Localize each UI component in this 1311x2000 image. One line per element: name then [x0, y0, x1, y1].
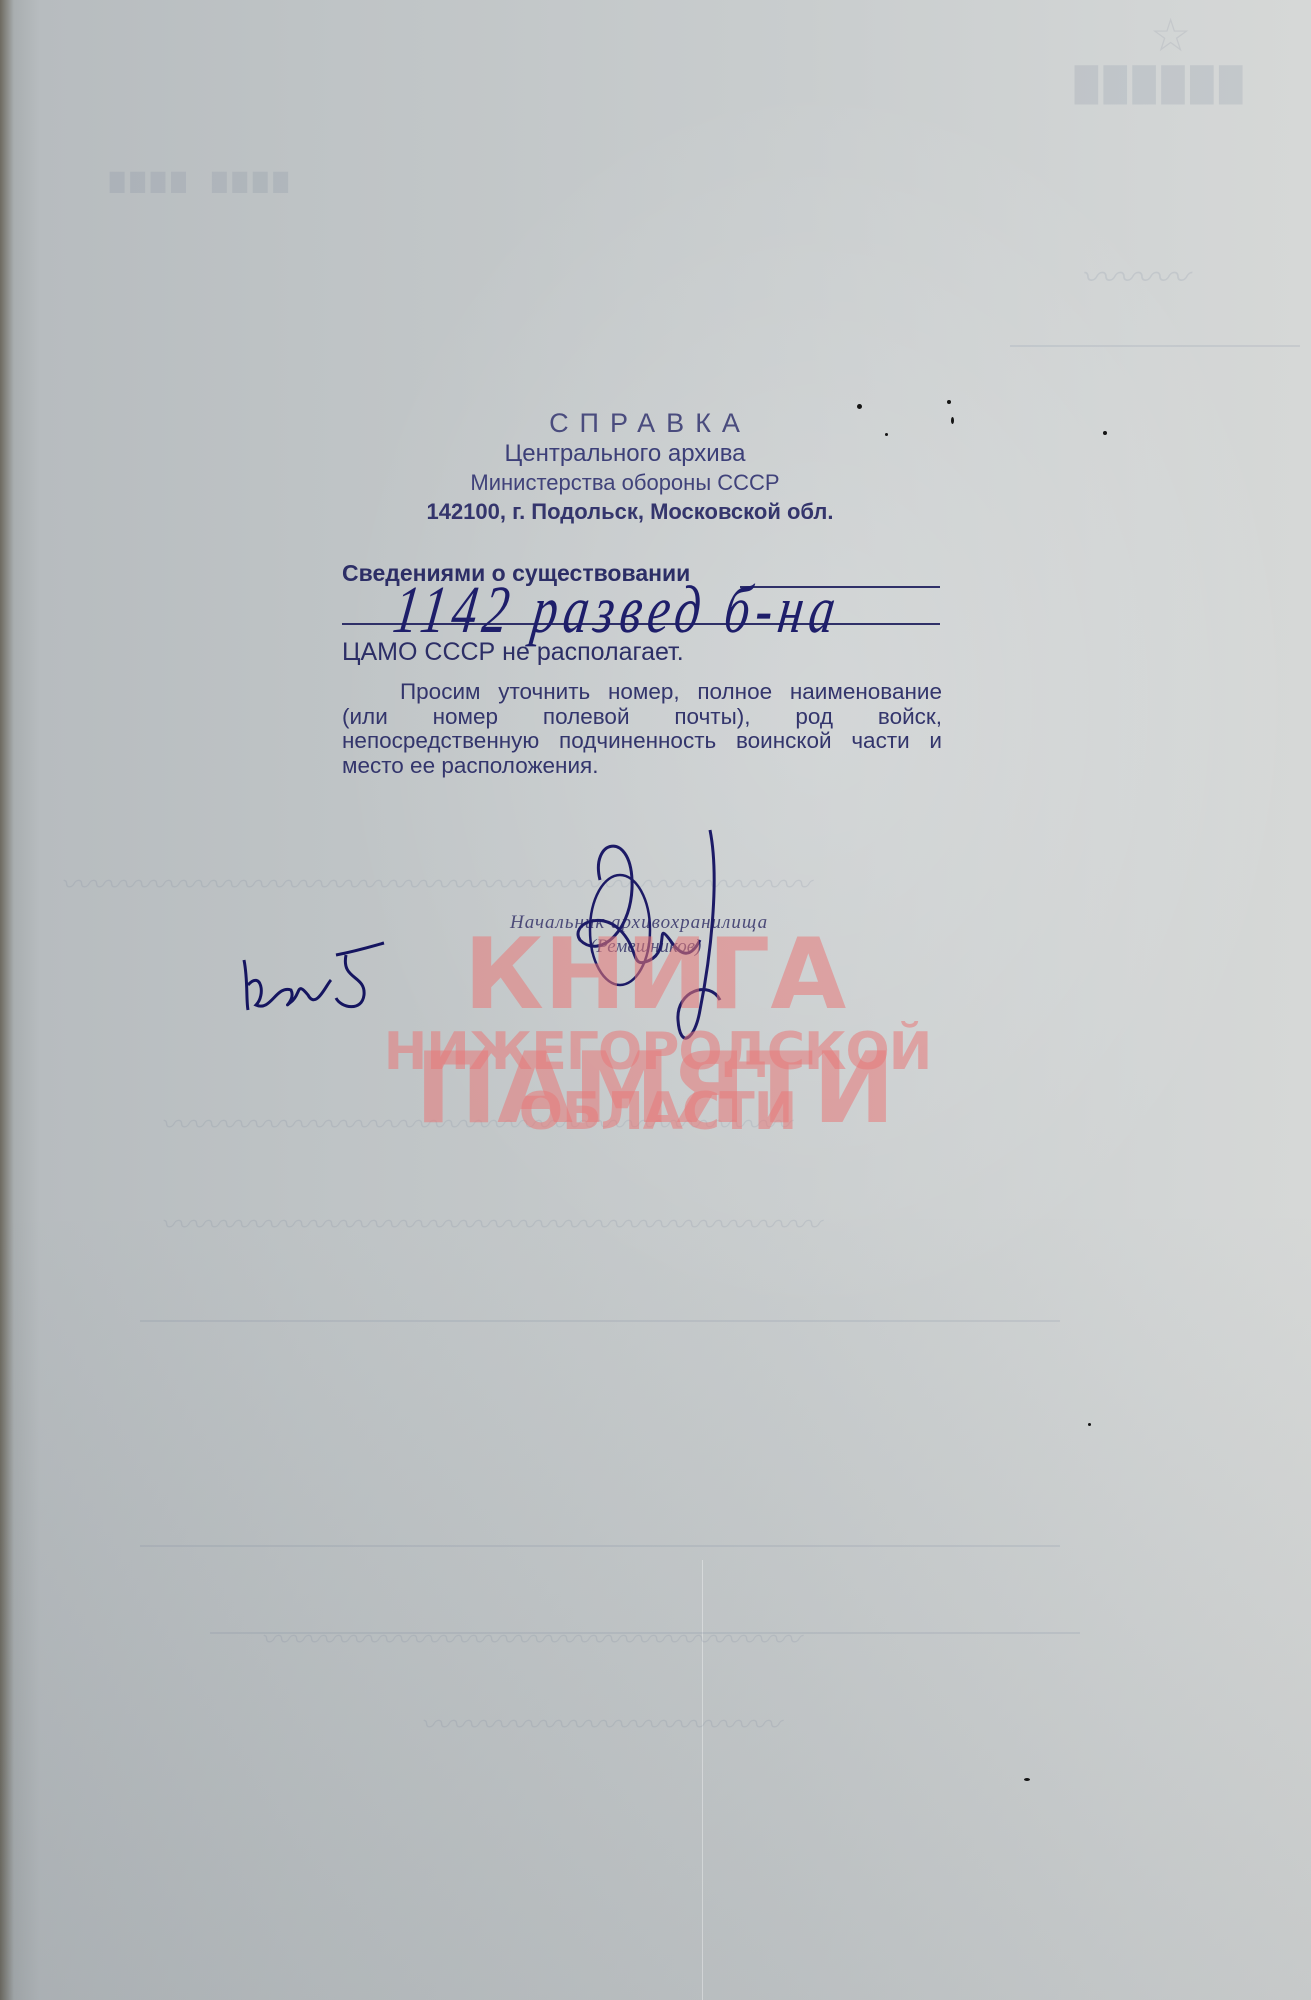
ghost-handwriting: 〰〰〰〰〰〰〰〰〰〰〰〰: [420, 1700, 780, 1744]
stamp-address: 142100, г. Подольск, Московской обл.: [380, 497, 880, 526]
ghost-handwriting: 〰〰〰〰〰〰〰〰〰〰〰〰〰〰〰〰〰〰〰〰〰〰: [160, 1200, 820, 1244]
stamp-archive-name: Центрального архива: [400, 439, 850, 468]
stamp-title: СПРАВКА: [450, 408, 850, 439]
archive-conclusion: ЦАМО СССР не располагает.: [342, 638, 684, 667]
ghost-rule: [140, 1545, 1060, 1547]
signatory-name: (Ремешников): [590, 936, 768, 958]
paper-background: [0, 0, 1311, 2000]
paper-fold: [702, 1560, 703, 2000]
dust-speck: [857, 404, 862, 409]
signature-block: Начальник архивохранилища (Ремешников): [510, 912, 768, 958]
ghost-handwriting: 〰〰〰〰〰〰〰〰〰〰〰〰〰〰〰〰〰〰〰〰〰: [160, 1100, 790, 1144]
dust-speck: [1024, 1778, 1030, 1781]
request-paragraph: Просим уточнить номер, полное наименован…: [342, 680, 942, 778]
ghost-rule: [140, 1320, 1060, 1322]
dust-speck: [1103, 431, 1107, 435]
watermark-line-2: НИЖЕГОРОДСКОЙ ОБЛАСТИ: [245, 1022, 1070, 1142]
dust-speck: [947, 400, 951, 404]
handwritten-unit-value: 1142 развед б-на: [389, 570, 846, 648]
ghost-rule: [1010, 345, 1300, 347]
margin-note-handwriting: Кол5: [236, 940, 386, 1020]
ghost-handwriting: 〰〰〰: [1080, 250, 1188, 301]
ghost-line: ▆▆▆▆ ▆▆▆▆: [110, 165, 294, 195]
archive-stamp: СПРАВКА Центрального архива Министерства…: [340, 408, 950, 526]
dust-speck: [1088, 1423, 1091, 1426]
stamp-ministry: Министерства обороны СССР: [400, 468, 850, 497]
ghost-star-mark: ☆: [1150, 8, 1191, 62]
ghost-handwriting: 〰〰〰〰〰〰〰〰〰〰〰〰〰〰〰〰〰〰: [260, 1615, 800, 1659]
ghost-rule: [210, 1632, 1080, 1634]
signatory-title: Начальник архивохранилища: [510, 912, 768, 934]
ghost-heading: ▇▇▇▇▇▇: [1075, 60, 1248, 107]
dust-speck: [951, 417, 954, 424]
ghost-handwriting: 〰〰〰〰〰〰〰〰〰〰〰〰〰〰〰〰〰〰〰〰〰〰〰〰〰: [60, 860, 810, 904]
svg-text:Кол5: Кол5: [236, 940, 272, 944]
dust-speck: [885, 433, 888, 436]
